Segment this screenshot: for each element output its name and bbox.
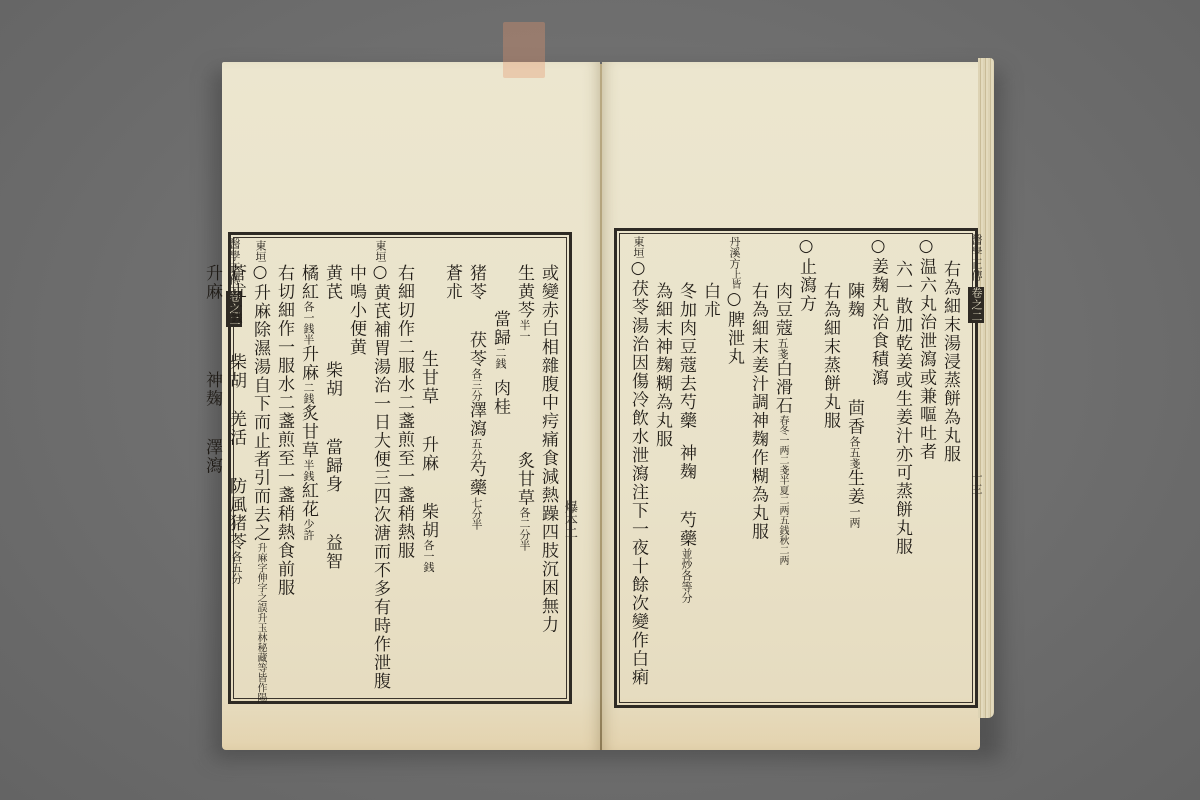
banxin-page-number: 十三 <box>970 472 983 496</box>
text-column: 當歸二銭肉桂 <box>488 240 512 692</box>
text-column: 黄芪柴胡當歸身益智 <box>320 240 344 692</box>
text-column: 右切細作一服水二盞煎至一盞稍熱食前服 <box>272 240 296 692</box>
text-column: 生甘草升麻柴胡各一銭 <box>416 240 440 692</box>
text-column: 生黄芩半一炙甘草各二分半 <box>512 240 536 692</box>
text-column: 東垣○黄芪補胃湯治一日大便三四次溏而不多有時作泄腹 <box>368 240 392 692</box>
text-column: 肉豆蔻五戔白滑石春冬一两二戔半夏二两五銭秋二两 <box>770 236 794 696</box>
text-column: 東垣○升麻除濕湯自下而止者引而去之升麻字伸字之誤升玉林秘藏等皆作陽 <box>248 240 272 692</box>
text-column: 東垣○茯苓湯治因傷冷飲水泄瀉注下一夜十餘次變作白痢 <box>626 236 650 696</box>
text-column: 右為細末蒸餅丸服 <box>818 236 842 696</box>
text-column: 右細切作二服水二盞煎至一盞稍熱服 <box>392 240 416 692</box>
text-column: ○温六丸治泄瀉或兼嘔吐者 <box>914 236 938 696</box>
banxin-volume: 卷之二 <box>968 287 984 323</box>
text-column: ○姜麹丸治食積瀉 <box>866 236 890 696</box>
text-column: 六一散加乾姜或生姜汁亦可蒸餅丸服 <box>890 236 914 696</box>
text-column: 丹溪方上皆○脾泄丸 <box>722 236 746 696</box>
text-column: 蒼朮 <box>440 240 464 692</box>
left-page-text: 或變赤白相雜腹中疞痛食減熱躁四肢沉困無力 生黄芩半一炙甘草各二分半 當歸二銭肉桂… <box>244 240 560 692</box>
text-column: 為細末神麹糊為丸服 <box>650 236 674 696</box>
text-column: 蒼朮一銭柴胡羌活防風猪苓各五分 <box>224 240 248 692</box>
faded-seal-stamp <box>503 22 545 78</box>
text-column: ○止瀉方 <box>794 236 818 696</box>
text-column: 白朮 <box>698 236 722 696</box>
text-column: 冬加肉豆蔻去芍藥神麹芍藥並炒各等分 <box>674 236 698 696</box>
right-banxin: 醫學正傳 卷之二 十三 <box>968 234 984 694</box>
text-column: 右為細末姜汁調神麹作糊為丸服 <box>746 236 770 696</box>
text-column: 中鳴小便黄 <box>344 240 368 692</box>
gutter-mark: 爆本二 <box>560 500 579 539</box>
text-column: 右為細末湯浸蒸餅為丸服 <box>938 236 962 696</box>
text-column: 或變赤白相雜腹中疞痛食減熱躁四肢沉困無力 <box>536 240 560 692</box>
banxin-title: 醫學正傳 <box>970 234 983 282</box>
text-column: 陳麹茴香各五戔生姜一两 <box>842 236 866 696</box>
text-column: 橘紅各一銭半升麻二銭炙甘草半銭紅花少許 <box>296 240 320 692</box>
text-column: 猪苓茯苓各三分澤瀉五分芍藥七分半 <box>464 240 488 692</box>
text-column: 升麻神麹澤瀉 <box>200 240 224 692</box>
right-page-text: 右為細末湯浸蒸餅為丸服 ○温六丸治泄瀉或兼嘔吐者 六一散加乾姜或生姜汁亦可蒸餅丸… <box>622 236 962 696</box>
